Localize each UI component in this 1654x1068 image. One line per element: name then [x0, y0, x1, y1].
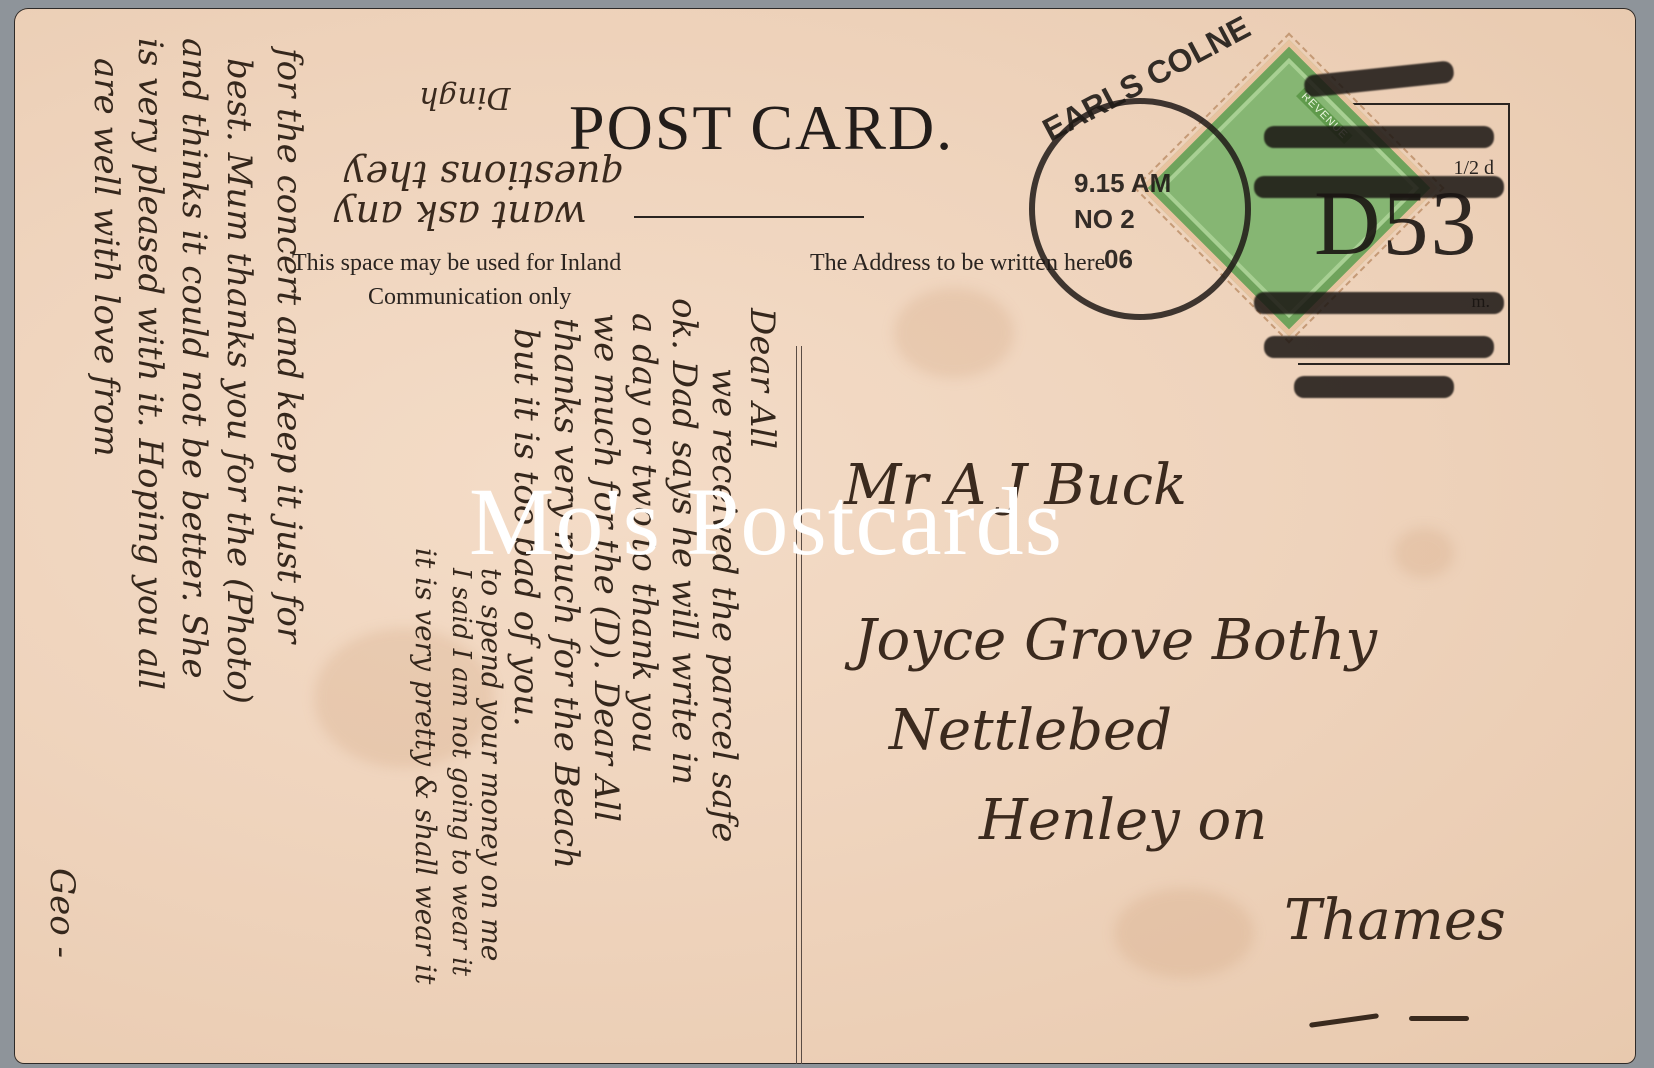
message-line: we received the parcel safe: [704, 368, 744, 842]
address-line2: Joyce Grove Bothy: [854, 608, 1377, 673]
upside-down-note-line2: want ask any: [334, 193, 587, 237]
left-instruction-line1: This space may be used for Inland: [292, 250, 621, 277]
upside-down-note-fragment: Dingh: [419, 80, 511, 115]
card-divider: [796, 346, 802, 1064]
upside-down-note-line1: questions they: [344, 153, 625, 197]
message-line: Geo -: [42, 868, 82, 958]
message-line: Dear All: [742, 308, 782, 449]
message-line: to spend your money on me: [475, 568, 508, 961]
duplex-number: D53: [1314, 170, 1478, 276]
message-line: and thinks it could not be better. She: [174, 38, 214, 678]
message-line: I said I am not going to wear it: [446, 568, 476, 976]
age-stain: [1114, 888, 1254, 978]
message-line: thanks very much for the Beach: [546, 318, 586, 869]
age-stain: [1394, 528, 1454, 578]
title-rule: [634, 216, 864, 218]
message-line: best. Mum thanks you for the (Photo): [219, 58, 259, 704]
address-line5: Thames: [1284, 888, 1506, 953]
address-line4: Henley on: [979, 788, 1267, 853]
message-line: it is very pretty & shall wear it: [409, 548, 442, 984]
underline-dash: [1409, 1016, 1469, 1021]
postmark-date: NO 2: [1074, 204, 1135, 235]
postmark-time: 9.15 AM: [1074, 168, 1171, 199]
underline-dash: [1309, 1013, 1379, 1028]
age-stain: [894, 288, 1014, 378]
message-line: is very pleased with it. Hoping you all: [130, 38, 170, 690]
address-line3: Nettlebed: [889, 698, 1172, 763]
watermark: Mo's Postcards: [469, 466, 1063, 577]
message-line: are well with love from: [86, 58, 126, 457]
postmark-year: 06: [1104, 244, 1133, 275]
postcard: POST CARD. This space may be used for In…: [14, 8, 1636, 1064]
postcard-title: POST CARD.: [569, 91, 954, 165]
left-instruction-line2: Communication only: [368, 284, 571, 311]
message-line: for the concert and keep it just for: [269, 48, 309, 643]
